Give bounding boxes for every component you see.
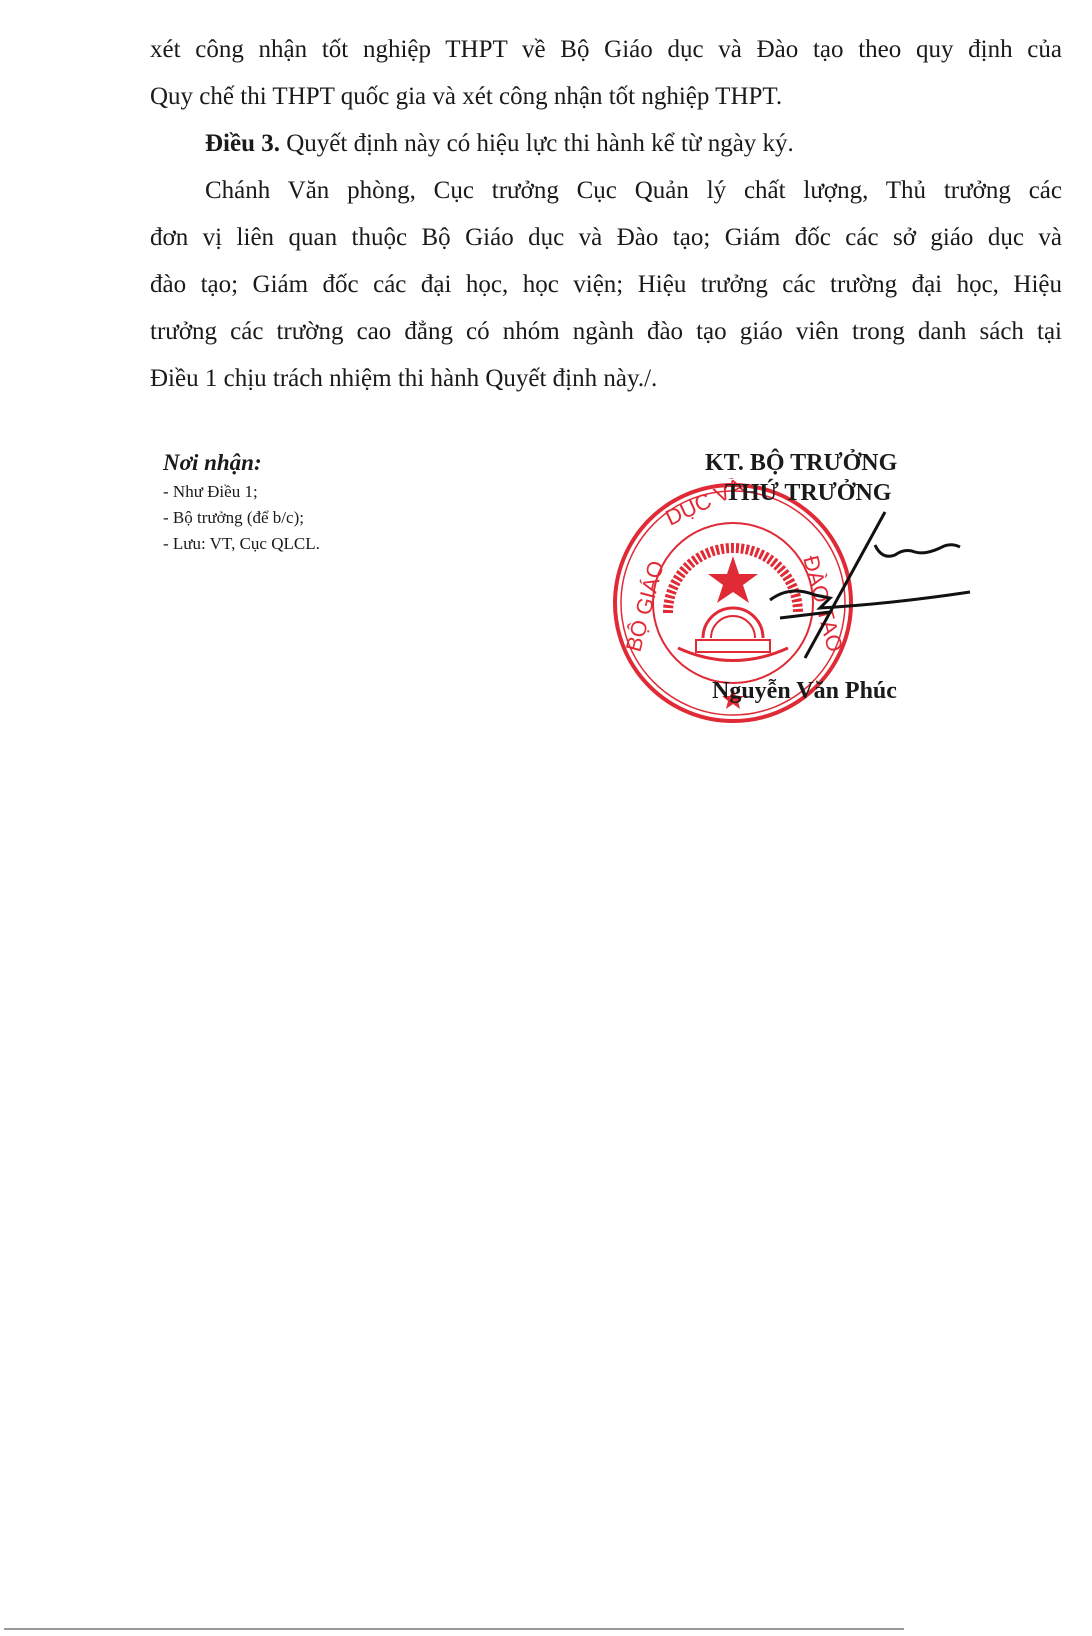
signer-name: Nguyễn Văn Phúc [712, 678, 897, 705]
article-3: Điều 3. Quyết định này có hiệu lực thi h… [205, 130, 1092, 158]
body-line: xét công nhận tốt nghiệp THPT về Bộ Giáo… [150, 36, 1062, 64]
handwritten-signature-icon [740, 500, 1000, 660]
recipient-item: - Như Điều 1; [163, 482, 258, 502]
body-line: trưởng các trường cao đẳng có nhóm ngành… [150, 318, 1062, 346]
page-bottom-edge [4, 1628, 904, 1630]
body-line: đơn vị liên quan thuộc Bộ Giáo dục và Đà… [150, 224, 1062, 252]
article-3-text: Quyết định này có hiệu lực thi hành kể t… [280, 130, 794, 157]
body-line: Quy chế thi THPT quốc gia và xét công nh… [150, 83, 1062, 111]
body-line: Chánh Văn phòng, Cục trưởng Cục Quản lý … [205, 177, 1062, 205]
body-line: đào tạo; Giám đốc các đại học, học viện;… [150, 271, 1062, 299]
recipient-item: - Bộ trưởng (để b/c); [163, 508, 304, 528]
recipients-title: Nơi nhận: [163, 450, 262, 476]
signature-title: KT. BỘ TRƯỞNG [705, 450, 897, 477]
article-3-label: Điều 3. [205, 130, 280, 157]
body-line: Điều 1 chịu trách nhiệm thi hành Quyết đ… [150, 365, 1062, 393]
recipient-item: - Lưu: VT, Cục QLCL. [163, 534, 320, 554]
